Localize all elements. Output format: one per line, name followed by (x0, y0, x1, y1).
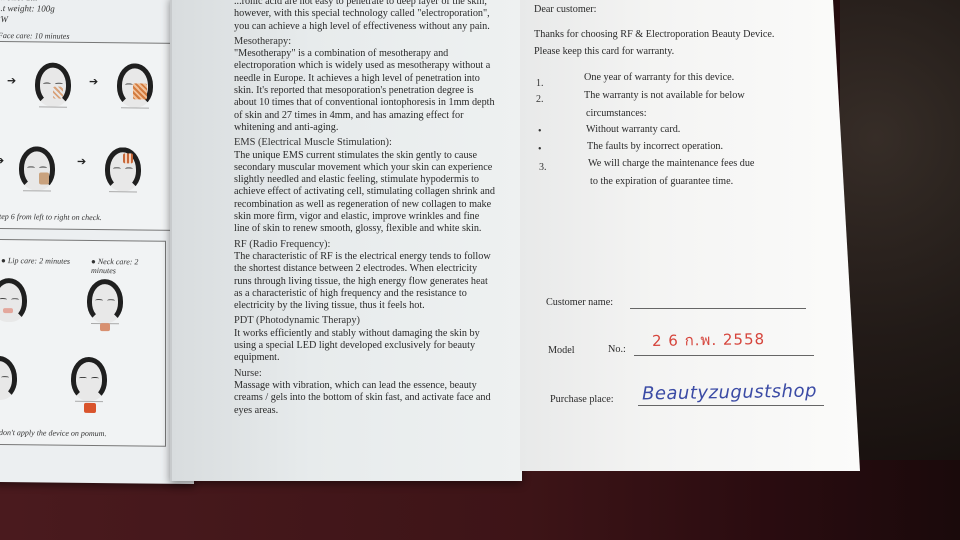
warranty-item: One year of warranty for this device. (584, 72, 734, 84)
item-marker: 1. (536, 78, 544, 89)
section-body-rf: The characteristic of RF is the electric… (234, 251, 496, 312)
customer-name-label: Customer name: (546, 297, 613, 309)
section-heading-nurse: Nurse: (234, 368, 496, 380)
features-panel: ...ronic acid are not easy to penetrate … (170, 0, 522, 481)
section-heading-mesotherapy: Mesotherapy: (234, 36, 496, 48)
thanks-text: Thanks for choosing RF & Electroporation… (534, 26, 784, 60)
fold-line (170, 0, 172, 481)
lip-care-label: ● Lip care: 2 minutes (1, 256, 70, 266)
section-heading-pdt: PDT (Photodynamic Therapy) (234, 315, 496, 327)
section-body-pdt: It works efficiently and stably without … (234, 328, 496, 365)
spec-lines: ...t size: 1... ...t weight: 100g 3W (0, 0, 55, 26)
carpet-background (840, 0, 960, 460)
spec-line-power: 3W (0, 14, 55, 26)
face-care-label: Face care: 10 minutes (0, 31, 69, 41)
warranty-card: Dear customer: Thanks for choosing RF & … (520, 0, 860, 471)
warranty-item: The warranty is not available for below (584, 90, 745, 102)
lip-neck-care-diagram: ● Lip care: 2 minutes ● Neck care: 2 min… (0, 239, 166, 447)
face-illustration (71, 357, 107, 401)
warranty-item: Without warranty card. (586, 124, 680, 136)
neck-care-label: ● Neck care: 2 minutes (91, 257, 165, 276)
date-stamp: 2 6 ก.พ. 2558 (652, 327, 765, 353)
face-illustration (19, 146, 55, 190)
pomum-caption: ...don't apply the device on pomum. (0, 428, 106, 438)
warranty-item: to the expiration of guarantee time. (590, 176, 733, 188)
face-illustration (0, 278, 27, 322)
instructions-panel: ...t size: 1... ...t weight: 100g 3W Fac… (0, 0, 194, 484)
check-caption: ...tep 6 from left to right on check. (0, 212, 102, 222)
purchase-place-label: Purchase place: (550, 394, 614, 406)
section-heading-ems: EMS (Electrical Muscle Stimulation): (234, 137, 496, 149)
purchase-place-handwriting: Beautyzugustshop (642, 380, 817, 404)
item-marker: 2. (536, 94, 544, 105)
section-heading-rf: RF (Radio Frequency): (234, 239, 496, 251)
face-illustration (87, 279, 123, 323)
warranty-item: We will charge the maintenance fees due (588, 158, 754, 170)
face-illustration (35, 62, 71, 106)
purchase-place-field[interactable] (638, 405, 824, 406)
greeting: Dear customer: (534, 4, 597, 16)
spec-line-weight: ...t weight: 100g (0, 3, 55, 15)
arrow-icon: ➔ (7, 74, 16, 87)
lip-care-text: Lip care: 2 minutes (8, 256, 70, 266)
section-body-mesotherapy: "Mesotherapy" is a combination of mesoth… (234, 48, 496, 134)
arrow-icon: ➔ (89, 75, 98, 88)
model-no-field[interactable] (634, 355, 814, 356)
warranty-item: The faults by incorrect operation. (587, 141, 723, 153)
warranty-item: circumstances: (586, 108, 647, 120)
bullet-icon: • (538, 126, 542, 137)
neck-care-text: Neck care: 2 minutes (91, 257, 138, 275)
arrow-icon: ➔ (0, 154, 4, 167)
model-label: Model (548, 345, 575, 357)
arrow-icon: ➔ (77, 155, 86, 168)
face-illustration (117, 63, 153, 107)
intro-paragraph: ...ronic acid are not easy to penetrate … (234, 0, 496, 33)
customer-name-field[interactable] (630, 308, 806, 309)
face-illustration (0, 356, 17, 400)
section-body-nurse: Massage with vibration, which can lead t… (234, 380, 496, 417)
no-label: No.: (608, 344, 626, 356)
features-text: ...ronic acid are not easy to penetrate … (234, 0, 496, 420)
bullet-icon: • (538, 144, 542, 155)
section-body-ems: The unique EMS current stimulates the sk… (234, 150, 496, 236)
item-marker: 3. (539, 162, 547, 173)
face-illustration (105, 147, 141, 191)
face-care-diagram: ➔ ➔ ➔ ➔ ...tep 6 from left to right on c… (0, 41, 188, 231)
